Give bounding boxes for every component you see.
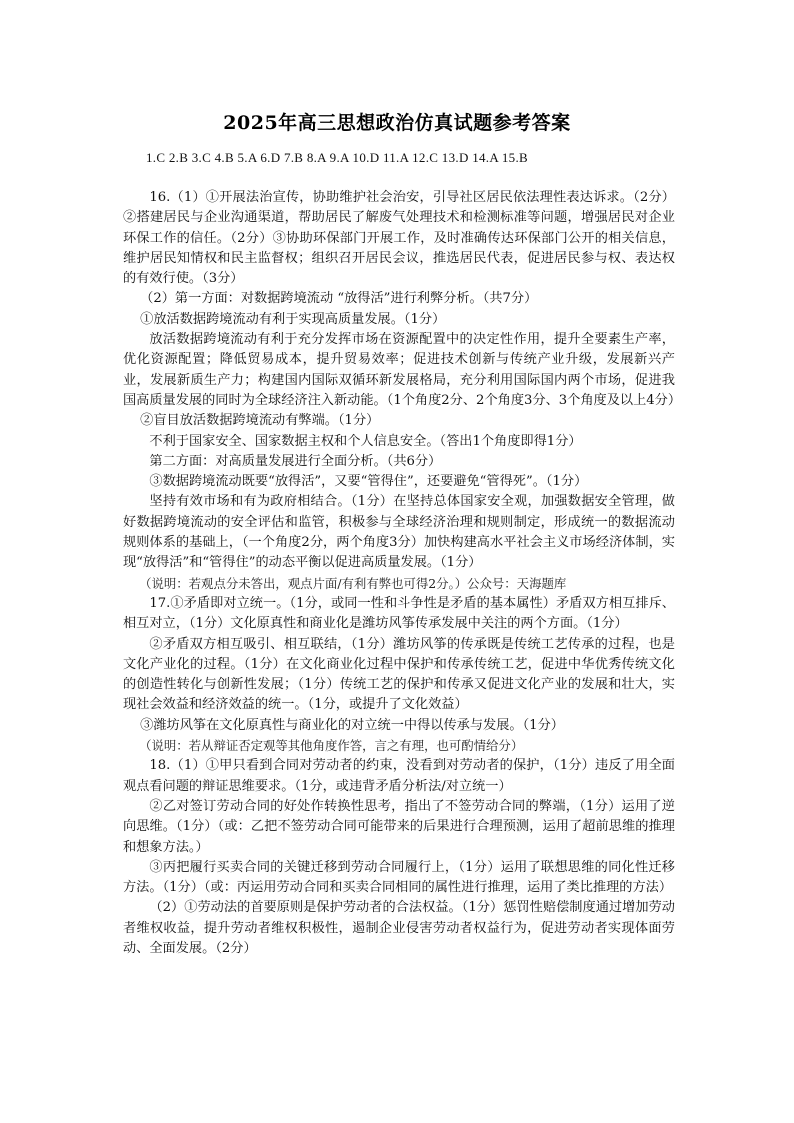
q16-part1: 16.（1）①开展法治宣传，协助维护社会治安，引导社区居民依法理性表达诉求。（2… bbox=[123, 188, 675, 289]
q17-note: （说明：若从辩证否定观等其他角度作答，言之有理，也可酌情给分） bbox=[123, 736, 675, 756]
q18-part1-point3: ③丙把履行买卖合同的关键迁移到劳动合同履行上，（1分）运用了联想思维的同化性迁移… bbox=[123, 858, 675, 899]
q16-point1-detail: 放活数据跨境流动有利于充分发挥市场在资源配置中的决定性作用，提升全要素生产率，优… bbox=[123, 330, 675, 411]
document-page: 2025年高三思想政治仿真试题参考答案 1.C 2.B 3.C 4.B 5.A … bbox=[0, 0, 794, 1123]
q16-point3-detail: 坚持有效市场和有为政府相结合。（1分）在坚持总体国家安全观，加强数据安全管理，做… bbox=[123, 492, 675, 573]
q16-aspect2-heading: 第二方面：对高质量发展进行全面分析。（共6分） bbox=[123, 452, 675, 472]
q18-part1-point2: ②乙对签订劳动合同的好处作转换性思考，指出了不签劳动合同的弊端，（1分）运用了逆… bbox=[123, 797, 675, 858]
q18-part2-point1: （2）①劳动法的首要原则是保护劳动者的合法权益。（1分）惩罚性赔偿制度通过增加劳… bbox=[123, 898, 675, 959]
q18-part1-point1: 18.（1）①甲只看到合同对劳动者的约束，没看到对劳动者的保护，（1分）违反了用… bbox=[123, 756, 675, 797]
q17-point2: ②矛盾双方相互吸引、相互联结，（1分）潍坊风筝的传承既是传统工艺传承的过程，也是… bbox=[123, 635, 675, 716]
q16-point1: ①放活数据跨境流动有利于实现高质量发展。（1分） bbox=[123, 310, 675, 330]
q16-point2: ②盲目放活数据跨境流动有弊端。（1分） bbox=[123, 411, 675, 431]
q16-note: （说明：若观点分未答出，观点片面/有利有弊也可得2分。）公众号：天海题库 bbox=[123, 574, 675, 594]
multiple-choice-answers: 1.C 2.B 3.C 4.B 5.A 6.D 7.B 8.A 9.A 10.D… bbox=[146, 150, 706, 166]
q16-part2-heading: （2）第一方面：对数据跨境流动 “放得活”进行利弊分析。（共7分） bbox=[123, 289, 675, 309]
document-body: 16.（1）①开展法治宣传，协助维护社会治安，引导社区居民依法理性表达诉求。（2… bbox=[123, 188, 675, 959]
document-title: 2025年高三思想政治仿真试题参考答案 bbox=[0, 108, 794, 135]
q16-point3: ③数据跨境流动既要“放得活”，又要“管得住”，还要避免“管得死”。（1分） bbox=[123, 472, 675, 492]
q17-point1: 17.①矛盾即对立统一。（1分，或同一性和斗争性是矛盾的基本属性）矛盾双方相互排… bbox=[123, 594, 675, 635]
q16-point2-detail: 不利于国家安全、国家数据主权和个人信息安全。（答出1个角度即得1分） bbox=[123, 432, 675, 452]
q17-point3: ③潍坊风筝在文化原真性与商业化的对立统一中得以传承与发展。（1分） bbox=[123, 716, 675, 736]
